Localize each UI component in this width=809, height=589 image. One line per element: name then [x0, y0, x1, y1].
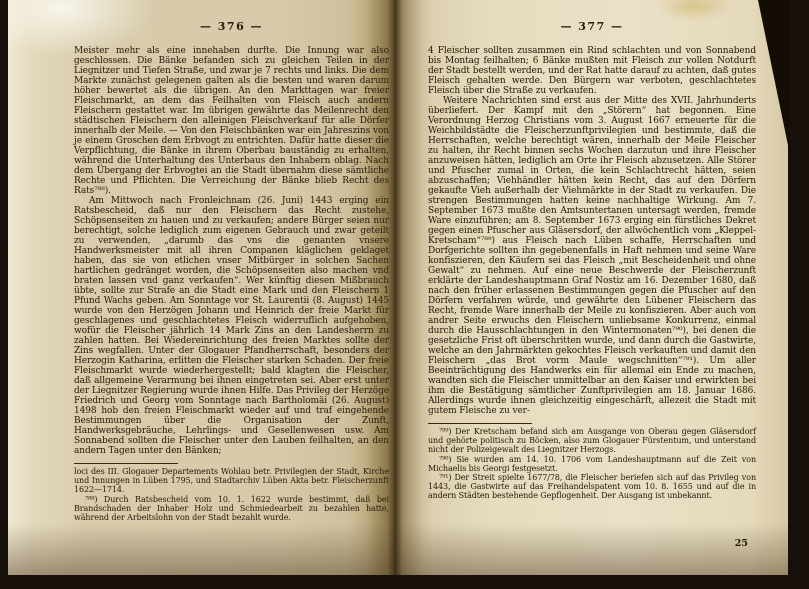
book-scan: — 376 — Meister mehr als eine innehaben … [0, 0, 809, 589]
body-text-right: 4 Fleischer sollten zusammen ein Rind sc… [428, 46, 756, 416]
page-377-content: — 377 — 4 Fleischer sollten zusammen ein… [394, 0, 788, 501]
footnote: ⁷⁹⁰) Sie wurden am 14. 10. 1706 vom Land… [428, 455, 756, 473]
footnote-separator [74, 463, 178, 464]
footnote: ⁷⁸⁸) Durch Ratsbescheid vom 10. 1. 1622 … [74, 495, 389, 523]
page-376: — 376 — Meister mehr als eine innehaben … [8, 0, 394, 575]
paragraph: Weitere Nachrichten sind erst aus der Mi… [428, 96, 756, 416]
page-376-content: — 376 — Meister mehr als eine innehaben … [8, 0, 394, 522]
page-number-header-left: — 376 — [74, 0, 389, 33]
signature-mark: 25 [735, 538, 748, 549]
paragraph: Am Mittwoch nach Fronleichnam (26. Juni)… [74, 196, 389, 456]
page-number-header-right: — 377 — [428, 0, 756, 33]
paragraph: 4 Fleischer sollten zusammen ein Rind sc… [428, 46, 756, 96]
footnote: loci des III. Glogauer Departements Wohl… [74, 467, 389, 495]
footnote-separator [428, 423, 532, 424]
footnote: ⁷⁹¹) Der Streit spielte 1677/78, die Fle… [428, 473, 756, 501]
paragraph: Meister mehr als eine innehaben durfte. … [74, 46, 389, 196]
footnote: ⁷⁸⁹) Der Kretscham befand sich am Ausgan… [428, 427, 756, 455]
footnotes-left: loci des III. Glogauer Departements Wohl… [74, 467, 389, 522]
page-377: — 377 — 4 Fleischer sollten zusammen ein… [394, 0, 788, 575]
footnotes-right: ⁷⁸⁹) Der Kretscham befand sich am Ausgan… [428, 427, 756, 501]
body-text-left: Meister mehr als eine innehaben durfte. … [74, 46, 389, 456]
